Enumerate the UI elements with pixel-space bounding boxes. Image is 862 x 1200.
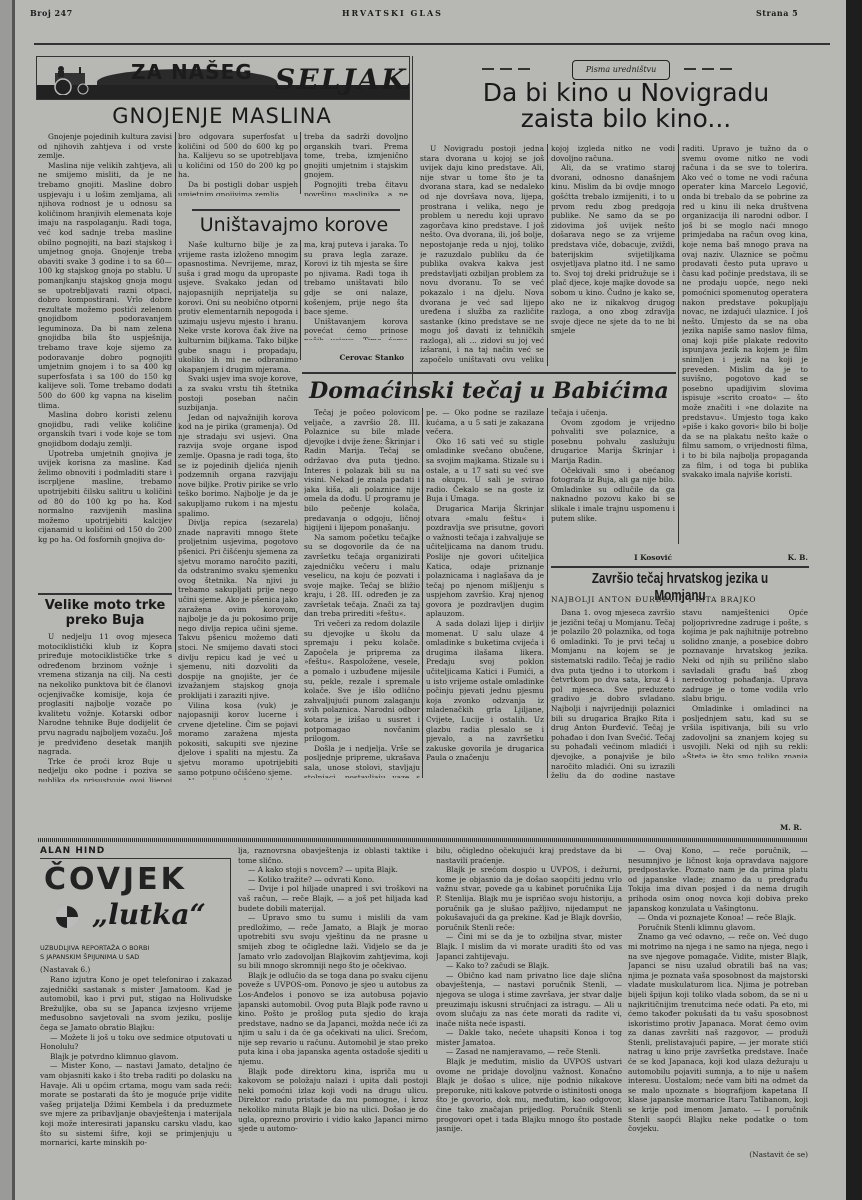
korovi-author: Cerovac Stanko	[304, 353, 404, 363]
page-binding-edge	[12, 0, 15, 1200]
column-rule	[678, 144, 679, 544]
page-dark-edge	[846, 0, 862, 1200]
dash-ornament	[684, 68, 696, 70]
section-rule	[302, 372, 676, 374]
tecaj-author: I Kosović	[572, 553, 672, 563]
section-rule	[38, 593, 172, 595]
serial-col2: lja, raznovrsna obavještenja iz oblasti …	[238, 846, 428, 1166]
serial-author: ALAN HIND	[40, 846, 105, 856]
serial-subtitle: UZBUDLJIVA REPORTAŽA O BORBI S JAPANSKIM…	[40, 944, 149, 962]
serial-continued: (Nastavit će se)	[712, 1150, 808, 1160]
tractor-icon	[41, 65, 97, 95]
momjan-col2: stavu namještenici Opće poljoprivredne z…	[682, 608, 808, 758]
korovi-col2: ma, kraj puteva i jaraka. To su prava le…	[304, 240, 408, 340]
page-number: Strana 5	[756, 8, 798, 18]
dash-ornament	[482, 68, 494, 70]
korovi-headline: Uništavajmo korove	[178, 214, 410, 236]
dash-ornament	[500, 68, 512, 70]
tecaj-col1: Tečaj je počeo polovicom veljače, a zavr…	[304, 408, 420, 778]
globe-icon	[56, 906, 78, 928]
kino-author: K. B.	[732, 553, 808, 563]
seljak-banner: ZA NAŠEG SELJAKA	[36, 56, 410, 100]
serial-col3: bilu, očigledno očekujući kraj predstave…	[436, 846, 622, 1176]
column-rule	[547, 144, 548, 366]
section-rule-dotted	[38, 838, 808, 842]
kino-headline: Da bi kino u Novigradu zaista bilo kino.…	[416, 80, 836, 132]
column-rule	[412, 56, 413, 386]
dash-ornament	[518, 68, 530, 70]
serial-installment: (Nastavak 6.)	[40, 965, 230, 975]
column-rule	[547, 408, 548, 778]
kino-col3: raditi. Upravo je tužno da o svemu ovome…	[682, 144, 808, 544]
column-rule	[422, 408, 423, 778]
newspaper-title: HRVATSKI GLAS	[342, 8, 443, 18]
section-rule	[551, 566, 809, 568]
momjan-author: M. R.	[712, 823, 802, 833]
column-rule	[175, 132, 176, 652]
momjan-col1: Dana 1. ovog mjeseca završio je jezični …	[551, 608, 675, 778]
tecaj-col3: tečaja i učenja. Ovom zgodom je vrijedno…	[551, 408, 675, 558]
serial-col4: — Ovaj Kono, — reče poručnik, — nesumnji…	[628, 846, 808, 1166]
serial-col1: Rano izjutra Kono je opet telefonirao i …	[40, 975, 232, 1175]
momjan-subhead: NAJBOLJI ANTON ĐURĐEVIĆ I RITA BRAJKO	[551, 595, 809, 604]
tecaj-col2: pe. — Oko podne se razilaze kućama, a u …	[426, 408, 544, 778]
serial-title-line1: ČOVJEK	[44, 862, 187, 897]
column-rule	[300, 132, 301, 194]
letters-label: Pisma uredništvu	[572, 60, 670, 80]
section-rule	[192, 209, 400, 211]
newspaper-page: Broj 247 HRVATSKI GLAS Strana 5 ZA NAŠEG…	[12, 0, 846, 1200]
kino-col1: U Novigradu postoji jedna stara dvorana …	[420, 144, 544, 366]
column-rule	[300, 240, 301, 360]
kino-col2: kojoj izgleda nitko ne vodi dovoljno rač…	[551, 144, 675, 366]
banner-prefix: ZA NAŠEG	[131, 60, 253, 84]
korovi-col1: Naše kulturno bilje je za vrijeme rasta …	[178, 240, 298, 780]
moto-headline: Velike moto trke preko Buja	[38, 598, 172, 628]
gnojenje-col2: bro odgovara superfosfat u količini od 5…	[178, 132, 298, 196]
header-rule	[34, 43, 830, 45]
gnojenje-col3: treba da sadrži dovoljno organskih tvari…	[304, 132, 408, 196]
tecaj-headline: Domaćinski tečaj u Babićima	[302, 378, 676, 404]
dash-ornament	[720, 68, 732, 70]
banner-word: SELJAKA	[275, 63, 410, 96]
gnojenje-headline: GNOJENJE MASLINA	[36, 104, 408, 128]
issue-number: Broj 247	[30, 8, 73, 18]
serial-title-line2: „lutka“	[92, 898, 206, 931]
dash-ornament	[702, 68, 714, 70]
gnojenje-col1: Gnojenje pojedinih kultura zavisi od nji…	[38, 132, 172, 652]
moto-body: U nedjelju 11 ovog mjeseca motociklistič…	[38, 632, 172, 782]
